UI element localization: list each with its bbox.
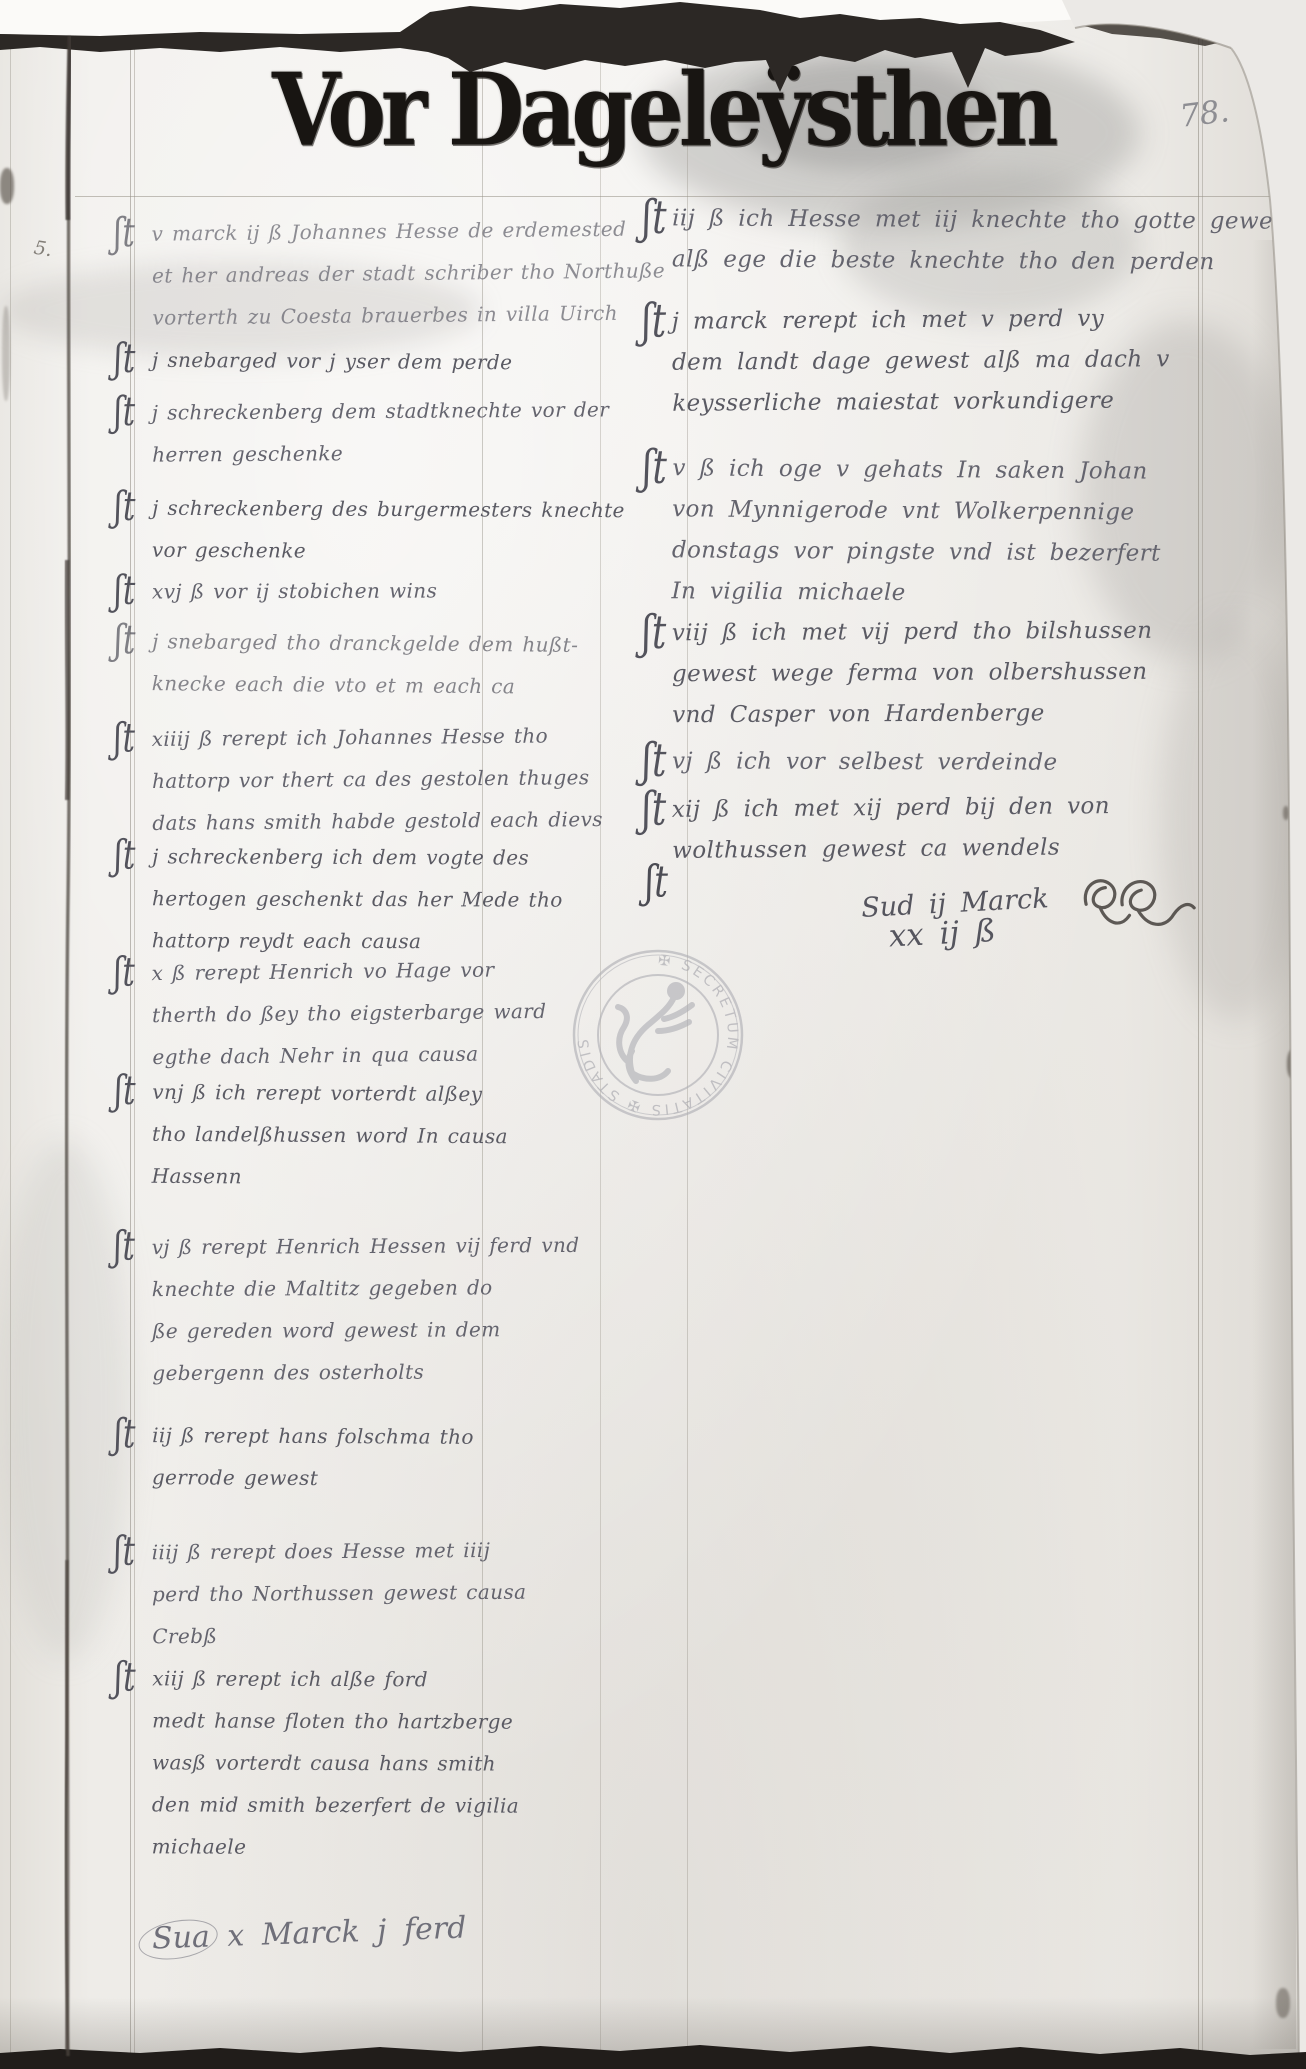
ledger-entry: ʃtj marck rerept ich met v perd vydem la… bbox=[672, 298, 1171, 424]
entry-line: keysserliche maiestat vorkundigere bbox=[672, 380, 1170, 424]
item-marker: ʃt bbox=[114, 385, 136, 440]
entry-line: xiiij ß rerept ich Johannes Hesse tho bbox=[151, 714, 602, 760]
entry-line: tho landelßhussen word In causa bbox=[152, 1113, 508, 1157]
item-marker: ʃt bbox=[114, 1524, 136, 1579]
item-marker: ʃt bbox=[113, 206, 135, 261]
entry-line: viij ß ich met vij perd tho bilshussen bbox=[672, 611, 1153, 655]
item-marker: ʃt bbox=[114, 828, 136, 883]
ledger-entry: ʃtvnj ß ich rerept vorterdt alßeytho lan… bbox=[152, 1071, 509, 1199]
ledger-entry: ʃtj schreckenberg ich dem vogte desherto… bbox=[152, 835, 563, 962]
entry-line: xij ß ich met xij perd bij den von bbox=[672, 786, 1110, 831]
entry-line: knechte die Maltitz gegeben do bbox=[152, 1266, 580, 1310]
entry-line: wolthussen gewest ca wendels bbox=[672, 827, 1110, 872]
ledger-entry: ʃtviij ß ich met vij perd tho bilshussen… bbox=[672, 611, 1153, 737]
entry-line: herren geschenke bbox=[152, 430, 610, 475]
item-marker: ʃt bbox=[642, 441, 667, 494]
entry-line: v ß ich oge v gehats In saken Johan bbox=[672, 448, 1161, 492]
entry-line: iiij ß rerept does Hesse met iiij bbox=[152, 1529, 527, 1574]
entry-line: j snebarged tho dranckgelde dem hußt- bbox=[152, 620, 578, 666]
ledger-entry: ʃtj snebarged vor j yser dem perde bbox=[152, 339, 513, 384]
entry-line: xiij ß rerept ich alße ford bbox=[152, 1657, 519, 1700]
entry-line: knecke each die vto et m each ca bbox=[152, 662, 578, 708]
entry-line: v marck ij ß Johannes Hesse de erdemeste… bbox=[151, 207, 664, 254]
entry-line: x ß rerept Henrich vo Hage vor bbox=[151, 948, 546, 994]
entry-line: medt hanse floten tho hartzberge bbox=[152, 1699, 519, 1742]
item-marker: ʃt bbox=[642, 783, 667, 837]
entry-line: den mid smith bezerfert de vigilia bbox=[152, 1783, 519, 1826]
entry-line: perd tho Northussen gewest causa bbox=[152, 1571, 527, 1616]
item-marker: ʃt bbox=[114, 564, 136, 619]
item-marker: ʃt bbox=[114, 1407, 136, 1462]
ledger-entry: ʃtv ß ich oge v gehats In saken Johanvon… bbox=[671, 448, 1161, 615]
entry-line: donstags vor pingste vnd ist bezerfert bbox=[672, 530, 1161, 574]
item-marker: ʃt bbox=[114, 480, 136, 535]
entry-line: j schreckenberg des burgermesters knecht… bbox=[152, 487, 625, 531]
ledger-entry: ʃtiij ß rerept hans folschma thogerrode … bbox=[152, 1414, 474, 1500]
entry-line: vj ß ich vor selbest verdeinde bbox=[672, 741, 1058, 783]
page-title: Vor Dageleÿsthen bbox=[272, 50, 1053, 169]
entry-line: vorterth zu Coesta brauerbes in villa Ui… bbox=[152, 291, 665, 338]
entry-line: therth do ßey tho eigsterbarge ward bbox=[152, 990, 547, 1036]
entry-line: gewest wege ferma von olbershussen bbox=[672, 652, 1153, 696]
entry-line: gerrode gewest bbox=[152, 1456, 474, 1500]
ledger-entry: ʃtv marck ij ß Johannes Hesse de erdemes… bbox=[151, 207, 665, 338]
item-marker: ʃt bbox=[642, 606, 667, 659]
item-marker: ʃt bbox=[114, 1063, 136, 1118]
entry-line: hertogen geschenkt das her Mede tho bbox=[152, 877, 563, 920]
entry-line: Crebß bbox=[152, 1613, 527, 1658]
entry-line: wasß vorterdt causa hans smith bbox=[152, 1741, 519, 1784]
ledger-entry: ʃtxiiij ß rerept ich Johannes Hesse thoh… bbox=[151, 714, 603, 844]
manuscript-page: ✠ SECRETUM CIVITATIS ✠ STADIS Vor Dagele… bbox=[0, 0, 1306, 2069]
ledger-entry: ʃtxvj ß vor ij stobichen wins bbox=[152, 570, 437, 613]
item-marker: ʃt bbox=[642, 295, 667, 348]
ledger-entry: ʃtj schreckenberg des burgermesters knec… bbox=[152, 487, 625, 573]
entry-line: et her andreas der stadt schriber tho No… bbox=[152, 249, 665, 296]
entry-line: alß ege die beste knechte tho den perden bbox=[672, 239, 1295, 283]
entry-line: vj ß rerept Henrich Hessen vij ferd vnd bbox=[152, 1224, 580, 1268]
margin-note: 5. bbox=[32, 237, 53, 262]
item-marker: ʃt bbox=[114, 613, 136, 668]
ledger-entry: ʃtxij ß ich met xij perd bij den vonwolt… bbox=[672, 786, 1111, 872]
entry-line: xvj ß vor ij stobichen wins bbox=[152, 570, 437, 613]
item-marker: ʃt bbox=[642, 734, 667, 787]
entry-line: von Mynnigerode vnt Wolkerpennige bbox=[672, 489, 1161, 533]
entry-line: j schreckenberg ich dem vogte des bbox=[152, 835, 563, 878]
entry-line: michaele bbox=[152, 1825, 519, 1868]
item-marker: ʃt bbox=[114, 1650, 136, 1705]
entry-line: iij ß ich Hesse met iij knechte tho gott… bbox=[672, 198, 1295, 242]
entry-line: vnd Casper von Hardenberge bbox=[672, 693, 1153, 737]
entry-line: ße gereden word gewest in dem bbox=[152, 1308, 580, 1352]
ledger-entry: ʃtj snebarged tho dranckgelde dem hußt-k… bbox=[152, 620, 579, 708]
ledger-entry: ʃtxiij ß rerept ich alße fordmedt hanse … bbox=[152, 1657, 520, 1868]
item-marker: ʃt bbox=[114, 331, 136, 386]
ledger-entry: ʃtj schreckenberg dem stadtknechte vor d… bbox=[152, 388, 610, 475]
entry-line: vnj ß ich rerept vorterdt alßey bbox=[152, 1071, 508, 1115]
entry-line: j snebarged vor j yser dem perde bbox=[152, 339, 513, 384]
ledger-entry: ʃtiij ß ich Hesse met iij knechte tho go… bbox=[672, 198, 1295, 283]
ledger-entry: ʃtiiij ß rerept does Hesse met iiijperd … bbox=[152, 1529, 527, 1658]
entry-line: hattorp vor thert ca des gestolen thuges bbox=[152, 756, 603, 802]
ledger-entry: ʃtvj ß ich vor selbest verdeinde bbox=[672, 741, 1058, 783]
entry-line: iij ß rerept hans folschma tho bbox=[152, 1414, 474, 1458]
item-marker: ʃt bbox=[645, 856, 668, 908]
item-marker: ʃt bbox=[642, 191, 667, 244]
entry-line: gebergenn des osterholts bbox=[152, 1350, 580, 1394]
entry-line: j marck rerept ich met v perd vy bbox=[672, 298, 1170, 342]
item-marker: ʃt bbox=[113, 711, 135, 766]
ledger-entry: ʃtvj ß rerept Henrich Hessen vij ferd vn… bbox=[152, 1224, 581, 1394]
item-marker: ʃt bbox=[113, 945, 135, 1000]
entry-line: Hassenn bbox=[152, 1155, 508, 1199]
entry-line: j schreckenberg dem stadtknechte vor der bbox=[152, 388, 610, 433]
folio-number: 78. bbox=[1178, 93, 1231, 135]
entry-line: dem landt dage gewest alß ma dach v bbox=[672, 339, 1170, 383]
ledger-entry: ʃtx ß rerept Henrich vo Hage vortherth d… bbox=[151, 948, 547, 1078]
entry-line: In vigilia michaele bbox=[671, 571, 1160, 615]
right-column-sum: Sud ij Marck xx ij ß bbox=[860, 883, 1051, 956]
item-marker: ʃt bbox=[114, 1219, 136, 1274]
entry-line: vor geschenke bbox=[152, 529, 625, 573]
